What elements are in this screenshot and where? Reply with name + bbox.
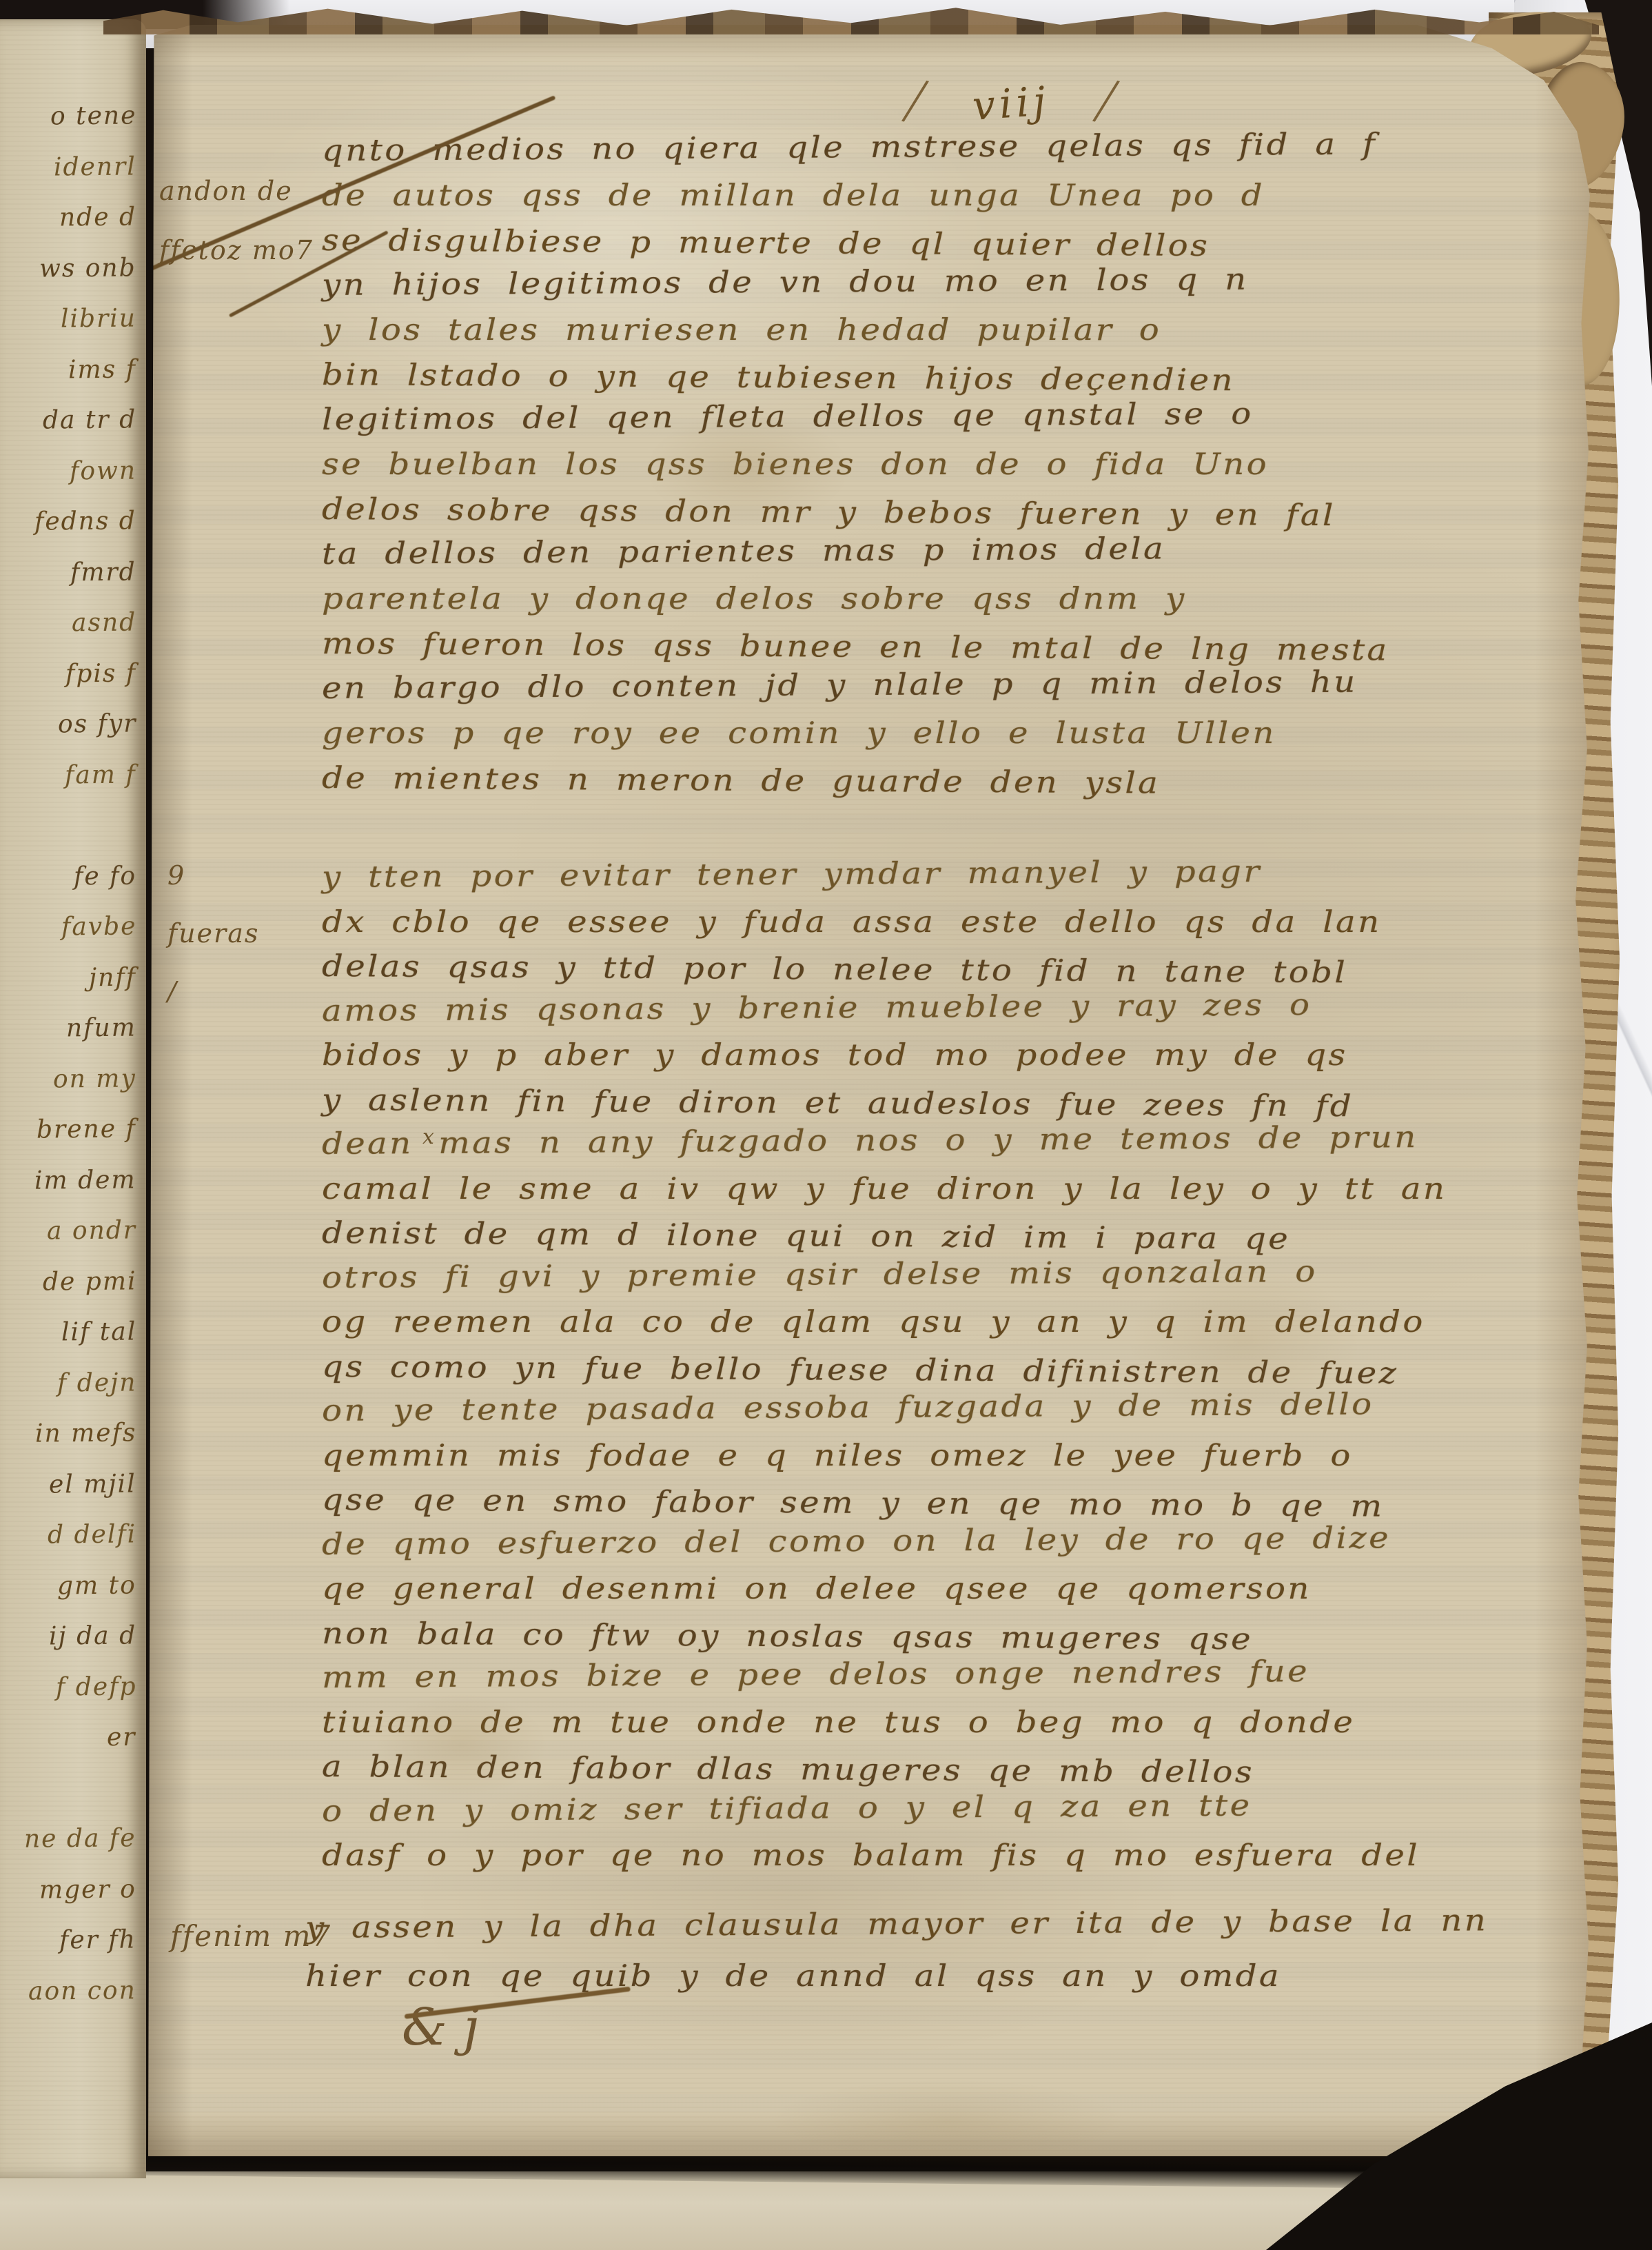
previous-page-line-fragment: libriu — [61, 305, 136, 334]
handwritten-line: a blan den fabor dlas mugeres qe mb dell… — [322, 1750, 1254, 1790]
margin-note-line: ffenim m7 — [170, 1919, 332, 1953]
handwritten-line: o den y omiz ser tifiada o y el q za en … — [322, 1788, 1252, 1828]
folio-slash-left: / — [902, 68, 929, 132]
margin-note-1: andon deffetoz mo7 — [159, 161, 314, 280]
previous-page-line-fragment: fmrd — [70, 558, 136, 587]
previous-page-line-fragment: asnd — [72, 609, 137, 638]
previous-page-line-fragment: nde d — [59, 203, 136, 232]
previous-page-line-fragment: brene f — [37, 1115, 136, 1144]
previous-folio-edge: o teneidenrlnde dws onblibriuims fda tr … — [0, 19, 146, 2178]
previous-page-line-fragment: da tr d — [43, 405, 136, 434]
handwritten-line: ta dellos den parientes mas p imos dela — [322, 531, 1165, 571]
handwritten-line: qse qe en smo fabor sem y en qe mo mo b … — [322, 1483, 1385, 1524]
previous-page-line-fragment: ws onb — [39, 254, 136, 283]
handwritten-line: y los tales muriesen en hedad pupilar o — [322, 313, 1161, 347]
handwritten-line: mm en mos bize e pee delos onge nendres … — [322, 1654, 1309, 1695]
handwritten-line: bin lstado o yn qe tubiesen hijos deçend… — [322, 358, 1235, 398]
handwritten-line: non bala co ftw oy noslas qsas mugeres q… — [322, 1616, 1253, 1656]
previous-page-line-fragment: f defp — [55, 1672, 136, 1701]
handwritten-line: dx cblo qe essee y fuda assa este dello … — [322, 905, 1381, 940]
previous-page-line-fragment: o tene — [50, 101, 136, 130]
handwritten-line: qe general desenmi on delee qsee qe qome… — [322, 1572, 1312, 1606]
handwritten-line: mos fueron los qss bunee en le mtal de l… — [322, 627, 1389, 668]
folio-number-row: / viij / — [910, 80, 1112, 127]
previous-page-line-fragment: er — [107, 1723, 136, 1752]
handwritten-line: otros fi gvi y premie qsir delse mis qon… — [322, 1254, 1318, 1295]
manuscript-scan: o teneidenrlnde dws onblibriuims fda tr … — [0, 0, 1652, 2250]
previous-page-line-fragment: ij da d — [49, 1621, 136, 1650]
previous-page-line-fragment: os fyr — [57, 710, 136, 739]
handwritten-line: camal le sme a iv qw y fue diron y la le… — [322, 1172, 1447, 1206]
handwritten-line: y tten por evitar tener ymdar manyel y p… — [322, 855, 1262, 895]
manuscript-page: / viij / andon deffetoz mo7 9fueras/ ffe… — [148, 25, 1590, 2156]
previous-page-line-fragment: ne da fe — [24, 1824, 136, 1853]
previous-page-line-fragment: fpis f — [65, 659, 136, 688]
previous-page-line-fragment: f dejn — [57, 1368, 136, 1397]
margin-note-3: ffenim m7 — [170, 1919, 332, 1953]
handwritten-line: de qmo esfuerzo del como on la ley de ro… — [322, 1521, 1391, 1562]
previous-page-line-fragment: im dem — [34, 1166, 136, 1195]
previous-page-line-fragment: fown — [70, 456, 136, 485]
handwritten-line: geros p qe roy ee comin y ello e lusta U… — [322, 716, 1276, 751]
previous-page-line-fragment: aon con — [28, 1976, 136, 2005]
handwritten-line: qemmin mis fodae e q niles omez le yee f… — [322, 1439, 1353, 1473]
previous-page-line-fragment: fer fh — [59, 1926, 136, 1955]
handwritten-line: hier con qe quib y de annd al qss an y o… — [305, 1959, 1281, 1994]
handwritten-line: se disgulbiese p muerte de ql quier dell… — [322, 223, 1210, 263]
handwritten-line: delos sobre qss don mr y bebos fueren y … — [322, 492, 1336, 533]
handwritten-line: legitimos del qen fleta dellos qe qnstal… — [322, 397, 1254, 437]
previous-page-line-fragment: de pmi — [42, 1267, 136, 1296]
handwritten-line: parentela y donqe delos sobre qss dnm y — [322, 582, 1187, 616]
previous-page-line-fragment: fedns d — [34, 507, 136, 536]
previous-page-line-fragment: mger o — [39, 1875, 136, 1904]
handwritten-line: tiuiano de m tue onde ne tus o beg mo q … — [322, 1705, 1355, 1740]
handwritten-line: dasf o y por qe no mos balam fis q mo es… — [322, 1838, 1420, 1873]
handwritten-line: og reemen ala co de qlam qsu y an y q im… — [322, 1305, 1425, 1339]
previous-page-line-fragment: el mjil — [49, 1470, 136, 1499]
stain — [768, 2079, 1127, 2162]
margin-note-2: 9fueras/ — [167, 847, 259, 1020]
handwritten-line: se buelban los qss bienes don de o fida … — [322, 447, 1269, 482]
handwritten-line: en bargo dlo conten jd y nlale p q min d… — [322, 665, 1358, 706]
margin-note-line: / — [167, 962, 259, 1020]
handwritten-line: amos mis qsonas y brenie mueblee y ray z… — [322, 988, 1312, 1028]
handwritten-line: yn hijos legitimos de vn dou mo en los q… — [322, 263, 1249, 303]
marginal-cross-mark: x — [422, 1125, 434, 1149]
previous-page-line-fragment: jnff — [89, 963, 136, 992]
handwritten-line: y aslenn fin fue diron et audeslos fue z… — [322, 1083, 1354, 1124]
previous-page-line-fragment: idenrl — [54, 152, 136, 181]
previous-page-line-fragment: d delfi — [48, 1520, 137, 1549]
handwritten-line: y assen y la dha clausula mayor er ita d… — [305, 1903, 1489, 1945]
handwritten-line: denist de qm d ilone qui on zid im i par… — [322, 1216, 1290, 1257]
previous-page-line-fragment: fe fo — [74, 862, 136, 891]
folio-slash-right: / — [1093, 68, 1120, 132]
previous-page-line-fragment: in mefs — [34, 1419, 136, 1448]
handwritten-line: qs como yn fue bello fuese dina difinist… — [322, 1350, 1399, 1391]
handwritten-line: delas qsas y ttd por lo nelee tto fid n … — [322, 949, 1348, 990]
margin-note-line: 9 — [167, 847, 259, 904]
folio-number: viij — [971, 77, 1051, 130]
previous-page-line-fragment: favbe — [61, 913, 136, 942]
handwritten-line: qnto medios no qiera qle mstrese qelas q… — [322, 127, 1378, 168]
previous-page-line-fragment: lif tal — [61, 1318, 137, 1347]
previous-page-line-fragment: nfum — [66, 1014, 136, 1043]
margin-note-line: fueras — [167, 904, 259, 962]
handwritten-line: on ye tente pasada essoba fuzgada y de m… — [322, 1387, 1374, 1428]
previous-page-line-fragment: ims f — [68, 355, 136, 384]
handwritten-line: bidos y p aber y damos tod mo podee my d… — [322, 1038, 1348, 1073]
handwritten-line: de autos qss de millan dela unga Unea po… — [322, 179, 1265, 213]
previous-page-line-fragment: on my — [53, 1064, 136, 1093]
margin-note-line: ffetoz mo7 — [159, 221, 314, 280]
handwritten-line: de mientes n meron de guarde den ysla — [322, 761, 1161, 801]
previous-page-line-fragment: fam f — [65, 760, 136, 789]
handwritten-line: dean mas n any fuzgado nos o y me temos … — [322, 1120, 1418, 1162]
previous-page-line-fragment: a ondr — [47, 1216, 136, 1245]
previous-page-line-fragment: gm to — [57, 1571, 136, 1600]
margin-note-line: andon de — [159, 161, 314, 221]
